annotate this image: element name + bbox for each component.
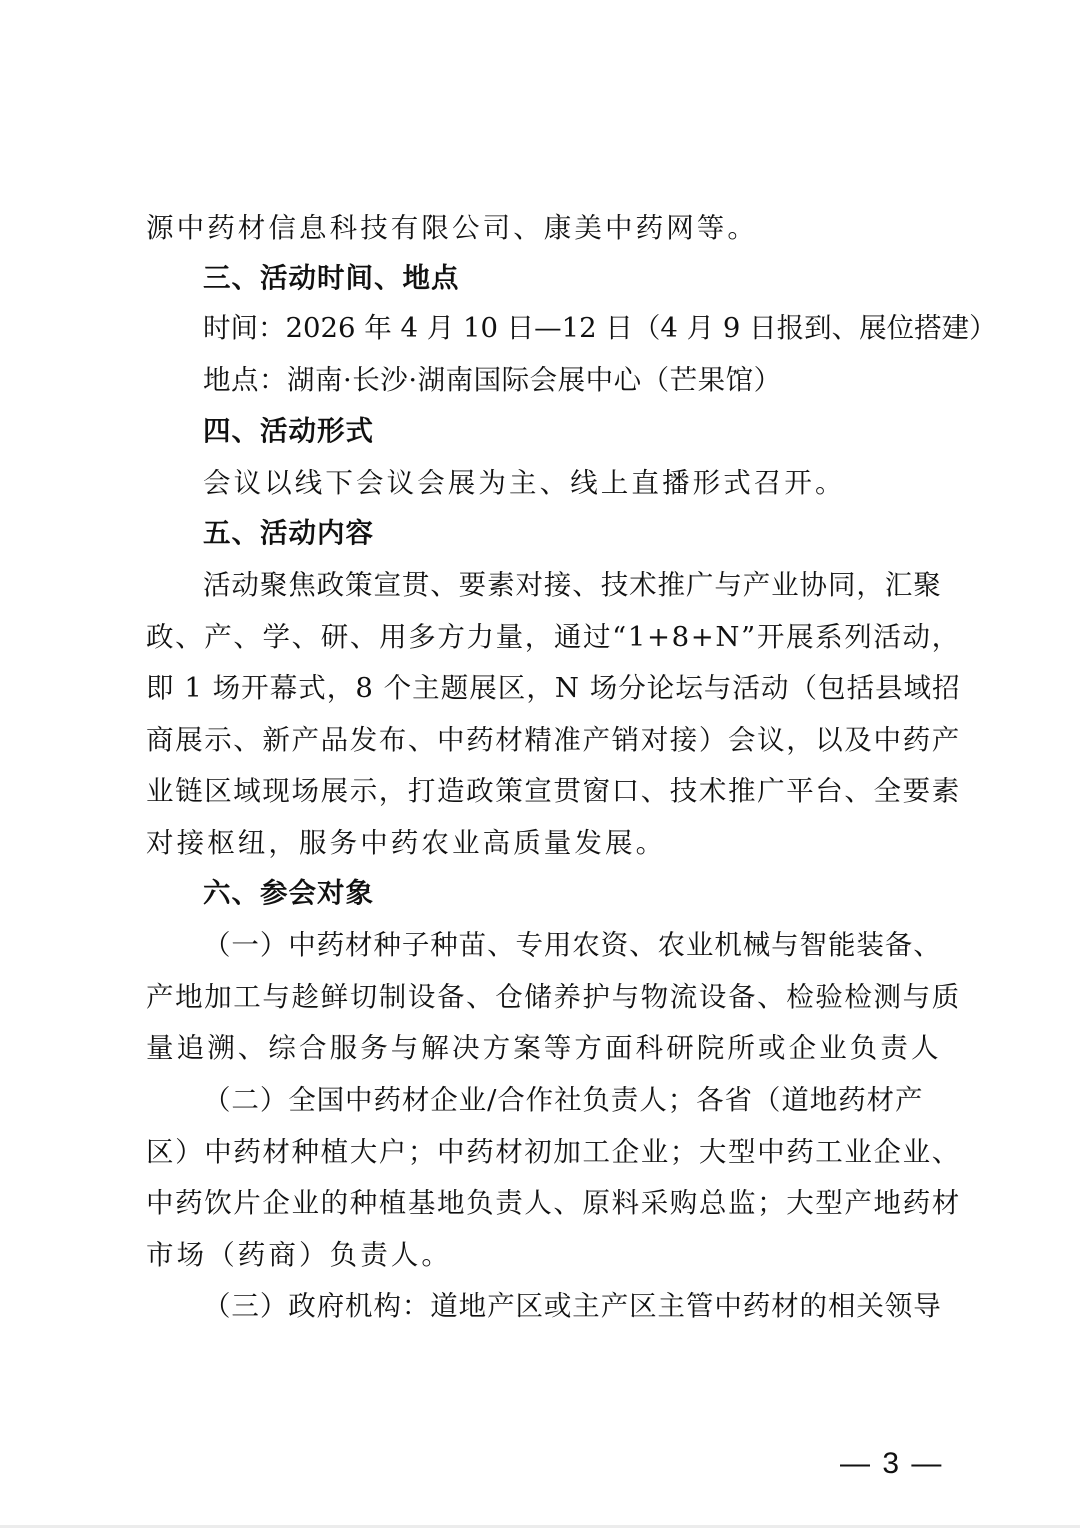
- paragraph-line: （二）全国中药材企业/合作社负责人；各省（道地药材产: [203, 1080, 1018, 1120]
- section-heading: 三、活动时间、地点: [203, 258, 1018, 298]
- page-number: — 3 —: [840, 1446, 943, 1482]
- paragraph-line: 时间：2026 年 4 月 10 日—12 日（4 月 9 日报到、展位搭建）: [203, 308, 1018, 348]
- paragraph-line: 区）中药材种植大户；中药材初加工企业；大型中药工业企业、: [146, 1132, 961, 1172]
- paragraph-line: 会议以线下会议会展为主、线上直播形式召开。: [203, 463, 1018, 503]
- paragraph-line: 产地加工与趁鲜切制设备、仓储养护与物流设备、检验检测与质: [146, 977, 961, 1017]
- section-heading: 六、参会对象: [203, 873, 1018, 913]
- paragraph-line: 即 1 场开幕式，8 个主题展区，N 场分论坛与活动（包括县域招: [146, 668, 961, 708]
- paragraph-line: 商展示、新产品发布、中药材精准产销对接）会议，以及中药产: [146, 720, 961, 760]
- paragraph-line: （一）中药材种子种苗、专用农资、农业机械与智能装备、: [203, 925, 1018, 965]
- paragraph-line: 对接枢纽，服务中药农业高质量发展。: [146, 823, 961, 863]
- paragraph-line: 市场（药商）负责人。: [146, 1235, 961, 1275]
- section-heading: 五、活动内容: [203, 513, 1018, 553]
- document-page: 源中药材信息科技有限公司、康美中药网等。三、活动时间、地点时间：2026 年 4…: [0, 0, 1080, 1528]
- paragraph-line: 地点：湖南·长沙·湖南国际会展中心（芒果馆）: [203, 360, 1018, 400]
- section-heading: 四、活动形式: [203, 411, 1018, 451]
- paragraph-line: 业链区域现场展示，打造政策宣贯窗口、技术推广平台、全要素: [146, 771, 961, 811]
- paragraph-line: （三）政府机构：道地产区或主产区主管中药材的相关领导: [203, 1286, 1018, 1326]
- paragraph-line: 量追溯、综合服务与解决方案等方面科研院所或企业负责人: [146, 1028, 961, 1068]
- paragraph-line: 政、产、学、研、用多方力量，通过“1+8+N”开展系列活动，: [146, 617, 961, 657]
- paragraph-line: 源中药材信息科技有限公司、康美中药网等。: [146, 208, 961, 248]
- paragraph-line: 中药饮片企业的种植基地负责人、原料采购总监；大型产地药材: [146, 1183, 961, 1223]
- paragraph-line: 活动聚焦政策宣贯、要素对接、技术推广与产业协同，汇聚: [203, 565, 1018, 605]
